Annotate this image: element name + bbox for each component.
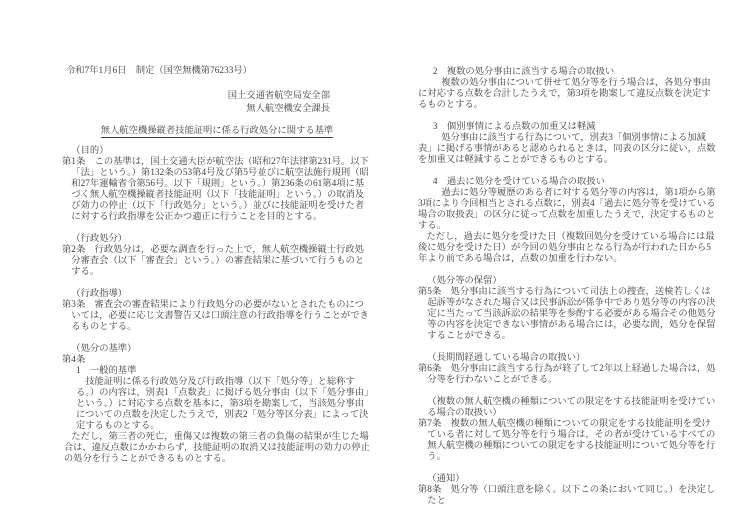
heading-suspension-of-disposition: （処分等の保留） [418, 276, 718, 287]
article-4-item-4-head: 4 過去に処分を受けている場合の取扱い [418, 177, 718, 188]
heading-disposition-criteria: （処分の基準） [62, 344, 370, 355]
article-3: 第3条 審査会の審査結果により行政処分の必要がないとされたものについては，必要に… [62, 300, 370, 333]
article-5: 第5条 処分事由に該当する行為について司法上の捜査，送検若しくは起訴等がなされた… [418, 287, 718, 342]
heading-administrative-guidance: （行政指導） [62, 289, 370, 300]
document-page: 令和7年1月6日 制定（国空無機第76233号） 国土交通省航空局安全部 無人航… [0, 0, 750, 530]
heading-administrative-disposition: （行政処分） [62, 234, 370, 245]
article-1: 第1条 この基準は，国土交通大臣が航空法（昭和27年法律第231号。以下「法」と… [62, 157, 370, 223]
article-7: 第7条 複数の無人航空機の種類についての限定をする技能証明を受けている者に対して… [418, 419, 718, 463]
enactment-date-line: 令和7年1月6日 制定（国空無機第76233号） [66, 66, 386, 77]
issuing-organization: 国土交通省航空局安全部 無人航空機安全課長 [66, 90, 330, 115]
heading-multiple-uas-categories: （複数の無人航空機の種類についての限定をする技能証明を受けている場合の取扱い） [418, 397, 718, 419]
article-6: 第6条 処分事由に該当する行為が終了して2年以上経過した場合は，処分等を行わない… [418, 364, 718, 386]
right-column: 2 複数の処分事由に該当する場合の取扱い 複数の処分事由について併せて処分等を行… [418, 67, 718, 507]
article-4-item-4-body: 過去に処分等履歴のある者に対する処分等の内容は，第1項から第3項により今回相当と… [418, 188, 718, 232]
heading-purpose: （目的） [62, 146, 370, 157]
org-officer: 無人航空機安全課長 [66, 103, 330, 116]
article-4-item-1-head: 1 一般的基準 [62, 366, 370, 377]
article-4-item-3-head: 3 個別事情による点数の加重又は軽減 [418, 122, 718, 133]
article-4-item-3-body: 処分事由に該当する行為について，別表3「個別事情による加減表」に掲げる事情がある… [418, 133, 718, 166]
heading-notification: （通知） [418, 474, 718, 485]
article-4-item-4-proviso: ただし，過去に処分を受けた日（複数回処分を受けている場合には最後に処分を受けた日… [418, 232, 718, 265]
left-column: （目的） 第1条 この基準は，国土交通大臣が航空法（昭和27年法律第231号。以… [62, 146, 370, 465]
article-4-item-1-body: 技能証明に係る行政処分及び行政指導（以下「処分等」と総称する。）の内容は，別表1… [62, 377, 370, 432]
org-department: 国土交通省航空局安全部 [66, 90, 330, 103]
article-4-label: 第4条 [62, 355, 370, 366]
article-2: 第2条 行政処分は，必要な調査を行った上で，無人航空機操縦士行政処分審査会（以下… [62, 245, 370, 278]
article-4-item-2-head: 2 複数の処分事由に該当する場合の取扱い [418, 67, 718, 78]
article-4-item-1-proviso: ただし，第三者の死亡，重傷又は複数の第三者の負傷の結果が生じた場合は，違反点数に… [62, 432, 370, 465]
heading-long-elapsed-cases: （長期間経過している場合の取扱い） [418, 353, 718, 364]
article-8: 第8条 処分等（口頭注意を除く。以下この条において同じ。）を決定したと [418, 485, 718, 507]
document-title: 無人航空機操縦者技能証明に係る行政処分に関する基準 [62, 126, 372, 137]
article-4-item-2-body: 複数の処分事由について併せて処分等を行う場合は，各処分事由に対応する点数を合計し… [418, 78, 718, 111]
